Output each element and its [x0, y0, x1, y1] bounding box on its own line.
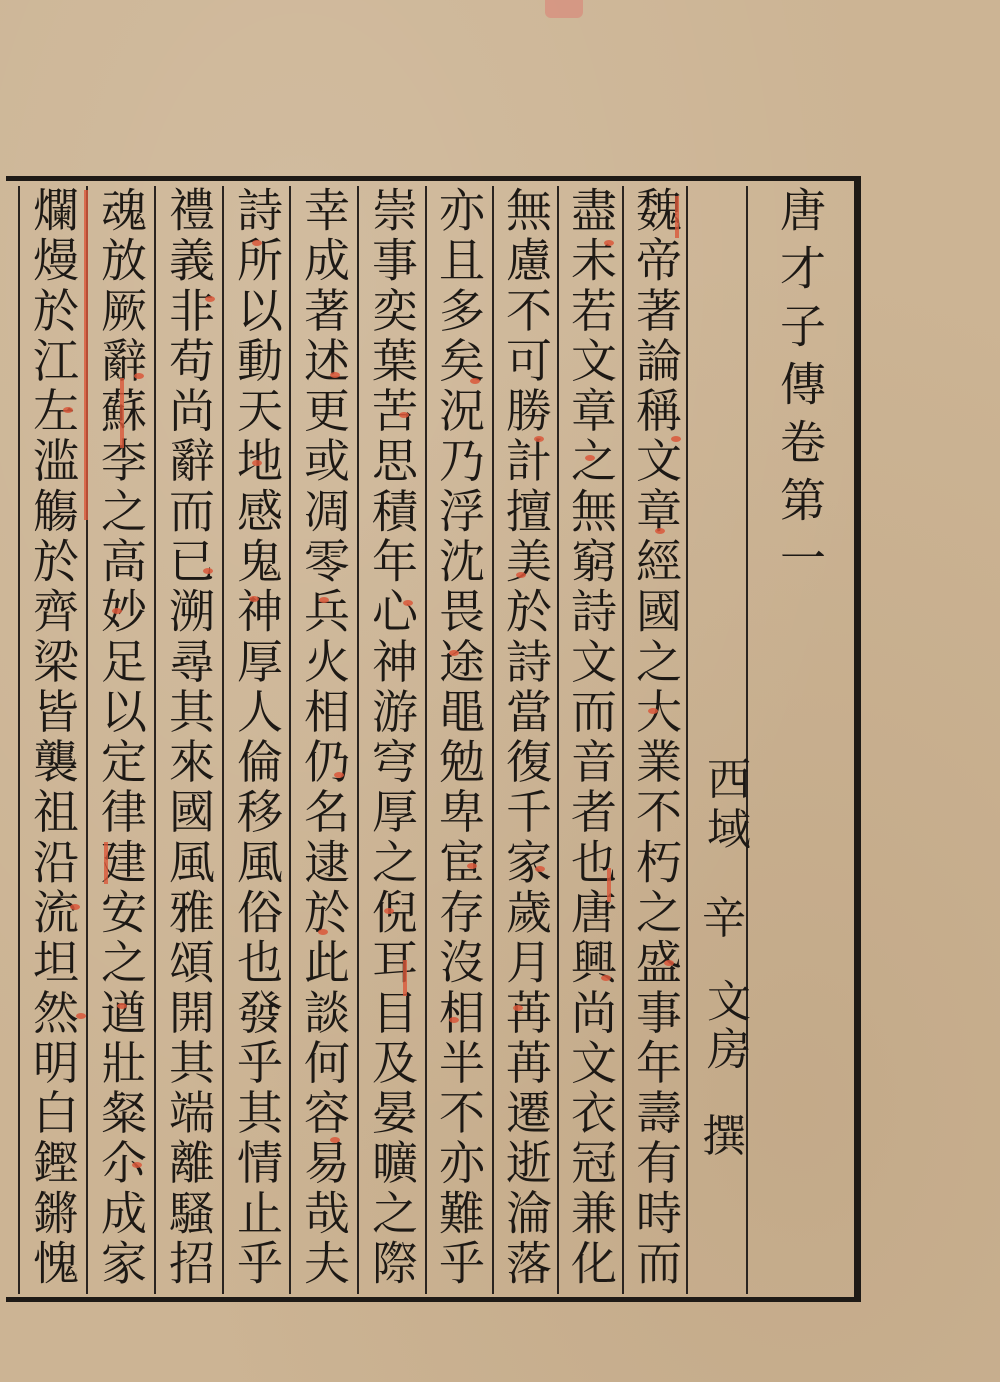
red-punctuation-dot	[585, 455, 595, 461]
red-annotation-line	[403, 960, 407, 996]
column-rule	[18, 186, 20, 1294]
column-text: 爛熳於江左滥觴於齊梁皆襲祖沿流坦然明白鏗鏘愧	[25, 186, 81, 1286]
red-punctuation-dot	[203, 568, 213, 574]
red-punctuation-dot	[334, 772, 344, 778]
column-rule	[686, 186, 688, 1294]
column-text: 亦且多矣況乃浮沈畏途黽勉卑宦存沒相半不亦難乎	[431, 186, 487, 1286]
column-rule	[357, 186, 359, 1294]
red-punctuation-dot	[664, 960, 674, 966]
red-punctuation-dot	[117, 1003, 127, 1009]
column-rule	[222, 186, 224, 1294]
column-text: 魏帝著論稱文章經國之大業不朽之盛事年壽有時而	[628, 186, 684, 1286]
red-punctuation-dot	[655, 528, 665, 534]
red-punctuation-dot	[516, 572, 526, 578]
column-text: 無慮不可勝計擅美於詩當復千家歲月苒苒遷逝淪落	[498, 186, 554, 1286]
text-column-4: 亦且多矣況乃浮沈畏途黽勉卑宦存沒相半不亦難乎	[429, 186, 489, 1294]
column-rule	[492, 186, 494, 1294]
column-rule	[557, 186, 559, 1294]
red-annotation-line	[120, 378, 124, 448]
red-annotation-line	[607, 868, 611, 902]
text-column-9: 魂放厥辭蘇李之高妙足以定律建安之遒壯粲尒成家	[91, 186, 151, 1294]
red-punctuation-dot	[63, 407, 73, 413]
red-punctuation-dot	[534, 436, 544, 442]
author-given-name: 文房	[696, 978, 752, 1074]
red-punctuation-dot	[449, 650, 459, 656]
text-column-5: 崇事奕葉苦思積年心神游穹厚之倪耳目及晏曠之際	[362, 186, 422, 1294]
column-text: 崇事奕葉苦思積年心神游穹厚之倪耳目及晏曠之際	[364, 186, 420, 1286]
column-rule	[622, 186, 624, 1294]
red-punctuation-dot	[318, 929, 328, 935]
red-punctuation-dot	[535, 866, 545, 872]
red-punctuation-dot	[399, 412, 409, 418]
column-text: 禮義非苟尚辭而已溯尋其來國風雅頌開其端離騷招	[161, 186, 217, 1286]
red-punctuation-dot	[319, 597, 329, 603]
red-punctuation-dot	[76, 1013, 86, 1019]
red-annotation-line	[104, 842, 108, 884]
text-column-10: 爛熳於江左滥觴於齊梁皆襲祖沿流坦然明白鏗鏘愧	[23, 186, 83, 1294]
red-punctuation-dot	[470, 378, 480, 384]
red-punctuation-dot	[467, 863, 477, 869]
author-surname: 辛	[696, 896, 752, 944]
red-punctuation-dot	[601, 975, 611, 981]
red-punctuation-dot	[330, 372, 340, 378]
author-column: 西域 辛 文房 撰	[694, 186, 754, 1294]
red-punctuation-dot	[330, 1137, 340, 1143]
text-column-6: 幸成著述更或凋零兵火相仍名逮於此談何容易哉夫	[294, 186, 354, 1294]
red-seal-fragment	[545, 0, 583, 18]
title-column: 唐才子傳卷第一	[770, 186, 830, 1294]
red-punctuation-dot	[648, 708, 658, 714]
red-punctuation-dot	[70, 904, 80, 910]
red-punctuation-dot	[252, 460, 262, 466]
column-rule	[425, 186, 427, 1294]
title-text: 唐才子傳卷第一	[772, 186, 828, 592]
red-punctuation-dot	[604, 240, 614, 246]
red-punctuation-dot	[513, 1005, 523, 1011]
red-punctuation-dot	[403, 600, 413, 606]
red-punctuation-dot	[249, 596, 259, 602]
red-punctuation-dot	[252, 240, 262, 246]
text-column-8: 禮義非苟尚辭而已溯尋其來國風雅頌開其端離騷招	[159, 186, 219, 1294]
red-punctuation-dot	[132, 1162, 142, 1168]
red-annotation-line	[84, 190, 88, 520]
column-text: 盡未若文章之無窮詩文而音者也唐興尚文衣冠兼化	[563, 186, 619, 1286]
red-punctuation-dot	[384, 908, 394, 914]
column-text: 幸成著述更或凋零兵火相仍名逮於此談何容易哉夫	[296, 186, 352, 1286]
column-rule	[154, 186, 156, 1294]
column-text: 魂放厥辭蘇李之高妙足以定律建安之遒壯粲尒成家	[93, 186, 149, 1286]
red-punctuation-dot	[449, 1017, 459, 1023]
author-region: 西域	[696, 756, 752, 856]
red-punctuation-dot	[671, 436, 681, 442]
author-verb: 撰	[696, 1114, 752, 1162]
text-column-2: 盡未若文章之無窮詩文而音者也唐興尚文衣冠兼化	[561, 186, 621, 1294]
red-annotation-line	[675, 196, 679, 238]
column-rule	[289, 186, 291, 1294]
book-page: 唐才子傳卷第一 西域 辛 文房 撰 魏帝著論稱文章經國之大業不朽之盛事年壽有時而…	[0, 0, 1000, 1382]
red-punctuation-dot	[134, 373, 144, 379]
red-punctuation-dot	[112, 608, 122, 614]
column-text: 詩所以動天地感鬼神厚人倫移風俗也發乎其情止乎	[229, 186, 285, 1286]
red-punctuation-dot	[205, 296, 215, 302]
text-column-1: 魏帝著論稱文章經國之大業不朽之盛事年壽有時而	[626, 186, 686, 1294]
text-column-7: 詩所以動天地感鬼神厚人倫移風俗也發乎其情止乎	[227, 186, 287, 1294]
text-column-3: 無慮不可勝計擅美於詩當復千家歲月苒苒遷逝淪落	[496, 186, 556, 1294]
